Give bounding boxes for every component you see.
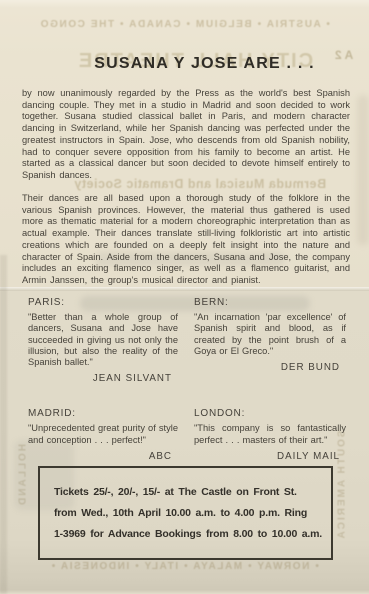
tickets-line-times: from Wed., 10th April 10.00 a.m. to 4.00… [54,503,319,524]
intro-paragraph: by now unanimously regarded by the Press… [22,88,350,182]
review-london: LONDON: "This company is so fantasticall… [194,408,346,462]
page-title: SUSANA Y JOSE ARE . . . [55,55,354,73]
programme-page-scan: • AUSTRIA • BELGIUM • CANADA • THE CONGO… [0,0,369,594]
tickets-line-phone: 1-3969 for Advance Bookings from 8.00 to… [54,524,319,545]
review-source: ABC [28,451,178,462]
press-reviews: PARIS: "Better than a whole group of dan… [28,297,346,462]
review-madrid: MADRID: "Unprecedented great purity of s… [28,408,178,462]
review-source: DER BUND [194,362,346,373]
review-quote: "Better than a whole group of dancers, S… [28,312,178,368]
review-bern: BERN: "An incarnation 'par excellence' o… [194,297,346,384]
review-paris: PARIS: "Better than a whole group of dan… [28,297,178,384]
tickets-info-box: Tickets 25/-, 20/-, 15/- at The Castle o… [38,466,333,560]
company-paragraph: Their dances are all based upon a thorou… [22,193,350,287]
review-city-label: MADRID: [28,408,178,419]
review-city-label: LONDON: [194,408,346,419]
ghost-countries-top: • AUSTRIA • BELGIUM • CANADA • THE CONGO [0,19,369,30]
scan-smudge [357,95,369,245]
review-quote: "This company is so fantastically perfec… [194,423,346,446]
scan-edge-band [0,255,7,594]
review-quote: "Unprecedented great purity of style and… [28,423,178,446]
fold-crease [0,287,369,291]
review-source: DAILY MAIL [194,451,346,462]
review-city-label: BERN: [194,297,346,308]
review-source: JEAN SILVANT [28,373,178,384]
ghost-countries-bottom: • NORWAY • MALAYA • ITALY • INDONESIA • [0,561,369,572]
tickets-line-prices: Tickets 25/-, 20/-, 15/- at The Castle o… [54,482,319,503]
review-city-label: PARIS: [28,297,178,308]
review-quote: "An incarnation 'par excellence' of Span… [194,312,346,357]
